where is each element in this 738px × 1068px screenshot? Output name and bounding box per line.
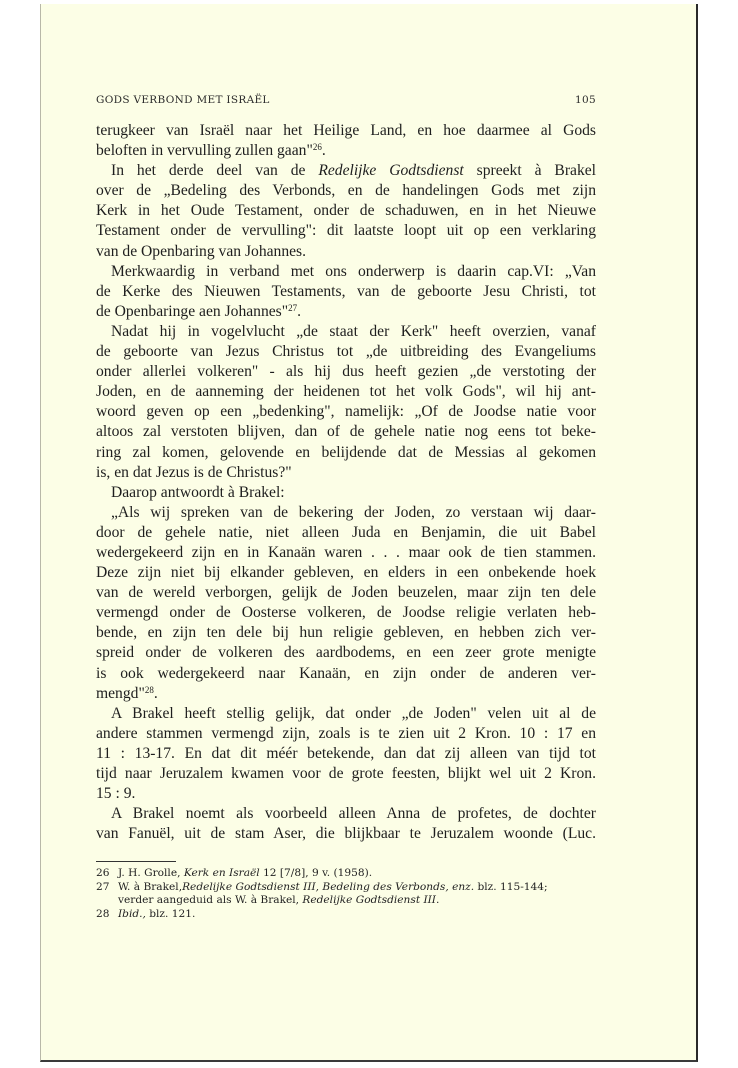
text-line: terugkeer van Israël naar het Heilige La… (96, 121, 596, 141)
text-line: is, en dat Jezus is de Christus?" (96, 463, 596, 483)
italic-text: Kerk en Israël (184, 867, 260, 879)
text-line: ring zal komen, gelovende en belijdende … (96, 443, 596, 463)
footnote-rule (96, 861, 176, 862)
italic-text: Ibid., (118, 908, 146, 920)
text-line: Kerk in het Oude Testament, onder de sch… (96, 201, 596, 221)
footnote: 27W. à Brakel,Redelijke Godtsdienst III,… (96, 881, 656, 895)
italic-text: Redelijke Godtsdienst III, Bedeling des … (182, 881, 474, 893)
text-line: van de wereld verborgen, gelijk de Joden… (96, 583, 596, 603)
text-line: altoos zal verstoten blijven, dan of de … (96, 422, 596, 442)
text-run: 12 [7/8], 9 v. (1958). (260, 867, 372, 879)
text-line: beloften in vervulling zullen gaan"26. (96, 141, 596, 161)
footnote-ref: 28 (145, 685, 154, 695)
text-line: is ook wedergekeerd naar Kanaän, en zijn… (96, 664, 596, 684)
scanned-page: GODS VERBOND MET ISRAËL 105 terugkeer va… (40, 4, 698, 1062)
text-run: beloften in vervulling zullen gaan" (96, 142, 313, 159)
footnote-number: 28 (96, 908, 109, 922)
text-run: W. à Brakel, (118, 881, 182, 893)
page-number: 105 (575, 94, 596, 106)
text-line: tijd naar Jeruzalem kwamen voor de grote… (96, 764, 596, 784)
text-line: andere stammen vermengd zijn, zoals is t… (96, 724, 596, 744)
text-line: spreid onder de volkeren des aardbodems,… (96, 643, 596, 663)
text-line: van Fanuël, uit de stam Aser, die blijkb… (96, 824, 596, 844)
text-line: A Brakel heeft stellig gelijk, dat onder… (96, 704, 596, 724)
running-head: GODS VERBOND MET ISRAËL 105 (96, 94, 596, 110)
text-line: 11 : 13-17. En dat dit méér betekende, d… (96, 744, 596, 764)
text-run: de Openbaringe aen Johannes" (96, 303, 288, 320)
text-run: . (297, 303, 301, 320)
text-line: over de „Bedeling des Verbonds, en de ha… (96, 181, 596, 201)
text-line: Testament onder de vervulling": dit laat… (96, 221, 596, 241)
text-line: de Kerke des Nieuwen Testaments, van de … (96, 282, 596, 302)
text-run: verder aangeduid als W. à Brakel, (118, 894, 302, 906)
text-run: blz. 121. (146, 908, 195, 920)
footnote-ref: 26 (313, 142, 322, 152)
text-line: In het derde deel van de Redelijke Godts… (96, 161, 596, 181)
italic-text: Redelijke Godtsdienst (318, 162, 463, 179)
italic-text: Redelijke Godtsdienst III. (302, 894, 439, 906)
footnote-ref: 27 (288, 303, 297, 313)
footnote: 28Ibid., blz. 121. (96, 908, 656, 922)
text-run: J. H. Grolle, (118, 867, 184, 879)
text-line: „Als wij spreken van de bekering der Jod… (96, 503, 596, 523)
body-text: terugkeer van Israël naar het Heilige La… (96, 121, 596, 844)
text-line: mengd"28. (96, 684, 596, 704)
footnote-number: 27 (96, 881, 109, 895)
text-line: bende, en zijn ten dele bij hun religie … (96, 623, 596, 643)
text-line: Merkwaardig in verband met ons onderwerp… (96, 262, 596, 282)
text-run: . (154, 685, 158, 702)
running-head-title: GODS VERBOND MET ISRAËL (96, 94, 270, 106)
text-line: door de gehele natie, niet alleen Juda e… (96, 523, 596, 543)
text-run: spreekt à Brakel (464, 162, 596, 179)
text-run: . (322, 142, 326, 159)
footnote-number: 26 (96, 867, 109, 881)
text-line: A Brakel noemt als voorbeeld alleen Anna… (96, 804, 596, 824)
text-line: vermengd onder de Oosterse volkeren, de … (96, 603, 596, 623)
text-line: wedergekeerd zijn en in Kanaän waren . .… (96, 543, 596, 563)
text-line: Nadat hij in vogelvlucht „de staat der K… (96, 322, 596, 342)
text-line: de Openbaringe aen Johannes"27. (96, 302, 596, 322)
text-line: woord geven op een „bedenking", namelijk… (96, 402, 596, 422)
text-line: van de Openbaring van Johannes. (96, 242, 596, 262)
footnote: verder aangeduid als W. à Brakel, Redeli… (96, 894, 656, 908)
text-line: onder allerlei volkeren" - als hij dus h… (96, 362, 596, 382)
text-run: mengd" (96, 685, 145, 702)
footnotes: 26J. H. Grolle, Kerk en Israël 12 [7/8],… (96, 867, 656, 921)
footnote: 26J. H. Grolle, Kerk en Israël 12 [7/8],… (96, 867, 656, 881)
text-line: Deze zijn niet bij elkander gebleven, en… (96, 563, 596, 583)
text-run: In het derde deel van de (111, 162, 318, 179)
text-line: Joden, en de aanneming der heidenen tot … (96, 382, 596, 402)
text-line: 15 : 9. (96, 784, 596, 804)
text-run: blz. 115-144; (474, 881, 547, 893)
text-line: de geboorte van Jezus Christus tot „de u… (96, 342, 596, 362)
text-line: Daarop antwoordt à Brakel: (96, 483, 596, 503)
